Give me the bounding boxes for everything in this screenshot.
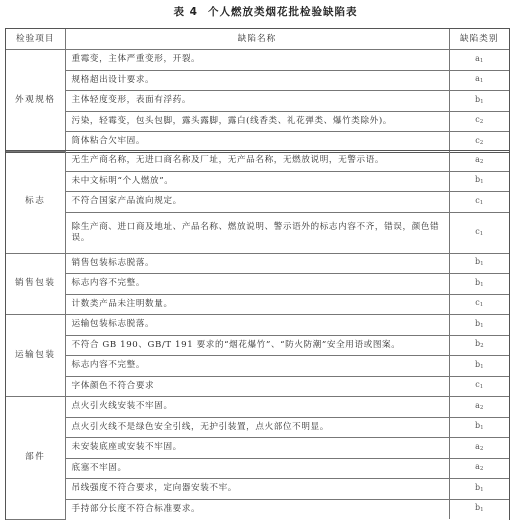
class-cell: a2 [449,151,509,171]
class-cell: b1 [449,171,509,192]
class-cell: a1 [449,50,509,71]
table-row: 标志内容不完整。 b1 [6,356,509,377]
defect-cell: 污染，轻霉变，包头包脚，露头露脚，露白(线香类、礼花弹类、爆竹类除外)。 [65,111,449,132]
defect-cell: 主体轻度变形，表面有浮药。 [65,91,449,112]
table-row: 销售包装 销售包装标志脱落。 b1 [6,253,509,274]
class-cell: b1 [449,417,509,438]
defect-cell: 标志内容不完整。 [65,274,449,295]
header-defect-class: 缺陷类别 [449,29,509,50]
defect-cell: 未中文标明“个人燃放”。 [65,171,449,192]
table-row: 不符合 GB 190、GB/T 191 要求的“烟花爆竹”、“防火防潮”安全用语… [6,335,509,356]
table-row: 标志内容不完整。 b1 [6,274,509,295]
defect-cell: 不符合 GB 190、GB/T 191 要求的“烟花爆竹”、“防火防潮”安全用语… [65,335,449,356]
table-row: 标志 无生产商名称，无进口商名称及厂址，无产品名称，无燃放说明，无警示语。 a2 [6,151,509,171]
table-row: 字体颜色不符合要求 c1 [6,376,509,397]
table-row: 部件 点火引火线安装不牢固。 a2 [6,397,509,418]
defect-cell: 销售包装标志脱落。 [65,253,449,274]
defect-cell: 除生产商、进口商及地址、产品名称、燃放说明、警示语外的标志内容不齐，错误，颜色错… [65,212,449,253]
header-inspection-item: 检验项目 [6,29,65,50]
class-cell: a2 [449,458,509,479]
class-cell: c1 [449,212,509,253]
category-cell: 部件 [6,397,65,520]
defect-cell: 字体颜色不符合要求 [65,376,449,397]
class-cell: c1 [449,376,509,397]
defect-table: 检验项目 缺陷名称 缺陷类别 外观规格 重霉变，主体严重变形，开裂。 a1 规格… [6,29,509,152]
class-cell: b1 [449,315,509,336]
class-cell: b1 [449,499,509,519]
table-row: 运输包装 运输包装标志脱落。 b1 [6,315,509,336]
defect-cell: 规格超出设计要求。 [65,70,449,91]
defect-cell: 重霉变，主体严重变形，开裂。 [65,50,449,71]
table-row: 未安装底座或安装不牢固。 a2 [6,438,509,459]
class-cell: b1 [449,253,509,274]
class-cell: b2 [449,335,509,356]
class-cell: a2 [449,438,509,459]
class-cell: c2 [449,111,509,132]
table-row: 不符合国家产品流向规定。 c1 [6,192,509,213]
class-cell: c1 [449,294,509,315]
defect-cell: 吊线强度不符合要求，定向器安装不牢。 [65,479,449,500]
defect-cell: 底塞不牢固。 [65,458,449,479]
category-cell: 运输包装 [6,315,65,397]
defect-cell: 不符合国家产品流向规定。 [65,192,449,213]
class-cell: b1 [449,91,509,112]
table-row: 主体轻度变形，表面有浮药。 b1 [6,91,509,112]
defect-cell: 计数类产品未注明数量。 [65,294,449,315]
header-defect-name: 缺陷名称 [65,29,449,50]
table-row: 污染，轻霉变，包头包脚，露头露脚，露白(线香类、礼花弹类、爆竹类除外)。 c2 [6,111,509,132]
defect-cell: 筒体粘合欠牢固。 [65,132,449,152]
defect-cell: 运输包装标志脱落。 [65,315,449,336]
class-cell: c1 [449,192,509,213]
defect-cell: 点火引火线安装不牢固。 [65,397,449,418]
table-block-appearance: 检验项目 缺陷名称 缺陷类别 外观规格 重霉变，主体严重变形，开裂。 a1 规格… [5,28,510,153]
table-row: 外观规格 重霉变，主体严重变形，开裂。 a1 [6,50,509,71]
category-cell: 销售包装 [6,253,65,315]
category-cell: 外观规格 [6,50,65,152]
class-cell: b1 [449,356,509,377]
defect-cell: 无生产商名称，无进口商名称及厂址，无产品名称，无燃放说明，无警示语。 [65,151,449,171]
table-header-row: 检验项目 缺陷名称 缺陷类别 [6,29,509,50]
class-cell: b1 [449,274,509,295]
class-cell: a2 [449,397,509,418]
table-row: 未中文标明“个人燃放”。 b1 [6,171,509,192]
defect-cell: 未安装底座或安装不牢固。 [65,438,449,459]
table-caption: 表 4个人燃放类烟花批检验缺陷表 [0,4,531,19]
table-row: 规格超出设计要求。 a1 [6,70,509,91]
table-row: 除生产商、进口商及地址、产品名称、燃放说明、警示语外的标志内容不齐，错误，颜色错… [6,212,509,253]
table-title: 个人燃放类烟花批检验缺陷表 [208,6,358,18]
table-number: 表 4 [174,6,198,18]
defect-cell: 点火引火线不是绿色安全引线，无护引装置，点火部位不明显。 [65,417,449,438]
class-cell: b1 [449,479,509,500]
table-row: 手持部分长度不符合标准要求。 b1 [6,499,509,519]
table-row: 筒体粘合欠牢固。 c2 [6,132,509,152]
table-block-marking-packaging-parts: 标志 无生产商名称，无进口商名称及厂址，无产品名称，无燃放说明，无警示语。 a2… [5,150,510,520]
table-row: 计数类产品未注明数量。 c1 [6,294,509,315]
defect-cell: 标志内容不完整。 [65,356,449,377]
table-row: 底塞不牢固。 a2 [6,458,509,479]
class-cell: a1 [449,70,509,91]
defect-table-continued: 标志 无生产商名称，无进口商名称及厂址，无产品名称，无燃放说明，无警示语。 a2… [6,151,509,520]
table-row: 吊线强度不符合要求，定向器安装不牢。 b1 [6,479,509,500]
table-row: 点火引火线不是绿色安全引线，无护引装置，点火部位不明显。 b1 [6,417,509,438]
category-cell: 标志 [6,151,65,253]
class-cell: c2 [449,132,509,152]
defect-cell: 手持部分长度不符合标准要求。 [65,499,449,519]
